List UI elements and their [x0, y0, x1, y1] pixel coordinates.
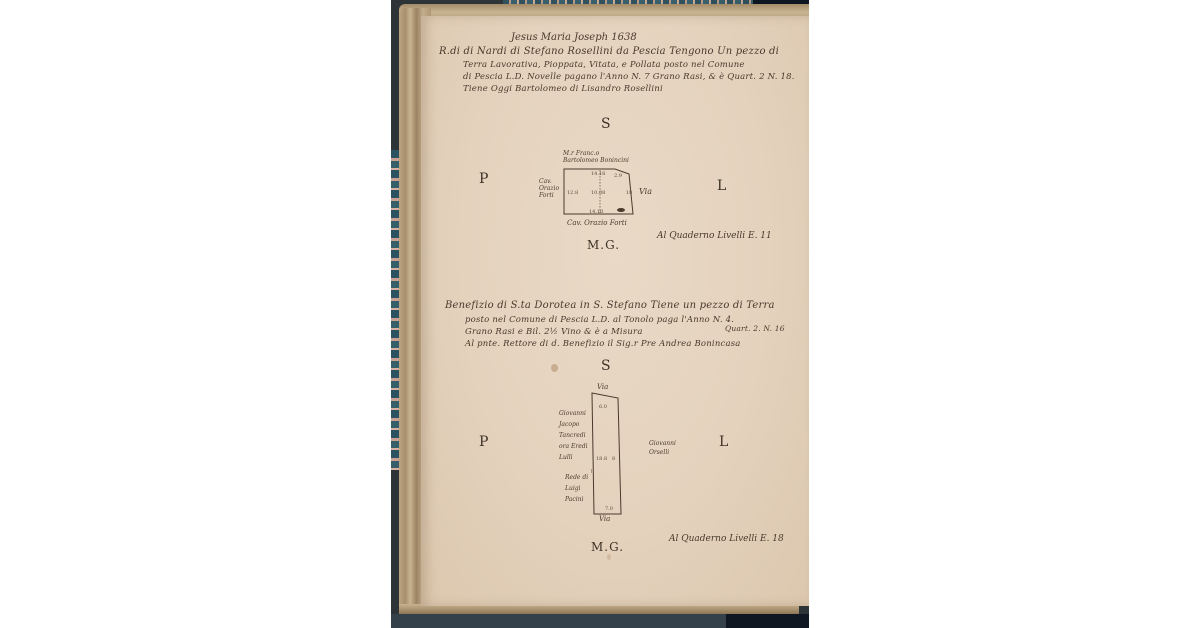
- measurement: 12.8: [567, 190, 578, 196]
- measurement: 6.0: [599, 404, 607, 410]
- plot-2-left-upper-label: Giovanni Jacopo Tancredi ora Eredi Lulli: [559, 408, 589, 463]
- entry-2-line-1: Benefizio di S.ta Dorotea in S. Stefano …: [445, 300, 775, 311]
- plot-1-left-label: Cav. Orazio Forti: [539, 178, 561, 199]
- measurement: 18.8: [596, 456, 607, 462]
- entry-2-line-3: Grano Rasi e Bil. 2½ Vino & è a Misura: [465, 327, 643, 337]
- ink-stain: [551, 364, 558, 372]
- measurement: 18: [626, 190, 632, 196]
- ink-stain: [607, 554, 611, 560]
- entry-1-line-3: di Pescia L.D. Novelle pagano l'Anno N. …: [463, 72, 795, 82]
- measurement: 10.08: [591, 190, 605, 196]
- entry-1-reference: Al Quaderno Livelli E. 11: [657, 231, 772, 241]
- measurement: 14.18: [591, 171, 605, 177]
- scanned-book-image: Jesus Maria Joseph 1638 R.di di Nardi di…: [391, 0, 809, 628]
- measurement: 14.10: [589, 209, 603, 215]
- measurement: 8: [612, 456, 615, 462]
- compass-west-1: P: [479, 171, 488, 187]
- compass-south-1: M.G.: [587, 238, 620, 252]
- plot-1-bottom-label: Cav. Orazio Forti: [567, 220, 627, 227]
- entry-2-line-2: posto nel Comune di Pescia L.D. al Tonol…: [465, 315, 734, 325]
- plot-2-bottom-label: Via: [599, 516, 610, 523]
- plot-2-top-label: Via: [597, 384, 608, 391]
- entry-2-reference: Al Quaderno Livelli E. 18: [669, 534, 784, 544]
- compass-north-2: S: [601, 358, 611, 374]
- compass-west-2: P: [479, 434, 488, 450]
- page-heading: Jesus Maria Joseph 1638: [511, 32, 637, 43]
- entry-1-line-2: Terra Lavorativa, Pioppata, Vitata, e Po…: [463, 60, 745, 70]
- entry-1-line-4: Tiene Oggi Bartolomeo di Lisandro Rosell…: [463, 84, 663, 94]
- entry-2-line-4: Al pnte. Rettore di d. Benefizio il Sig.…: [465, 339, 741, 349]
- plot-2-right-label: Giovanni Orselli: [649, 439, 683, 457]
- entry-1-line-1: R.di di Nardi di Stefano Rosellini da Pe…: [439, 46, 779, 57]
- compass-east-1: L: [717, 178, 726, 194]
- measurement: 2.9: [614, 173, 622, 179]
- entry-2-measure: Quart. 2. N. 16: [725, 324, 785, 333]
- measurement: 7.0: [605, 506, 613, 512]
- plot-2-left-lower-label: Rede di Luigi Pacini: [565, 472, 589, 505]
- plot-1-right-label: Via: [639, 188, 652, 195]
- compass-north-1: S: [601, 116, 611, 132]
- plot-1-top-label: M.r Franc.o Bartolomeo Bonincini: [563, 150, 633, 164]
- scan-background: [726, 614, 809, 628]
- compass-south-2: M.G.: [591, 540, 624, 554]
- manuscript-page: Jesus Maria Joseph 1638 R.di di Nardi di…: [421, 16, 809, 606]
- compass-east-2: L: [719, 434, 728, 450]
- plot-2-outline: [591, 392, 623, 516]
